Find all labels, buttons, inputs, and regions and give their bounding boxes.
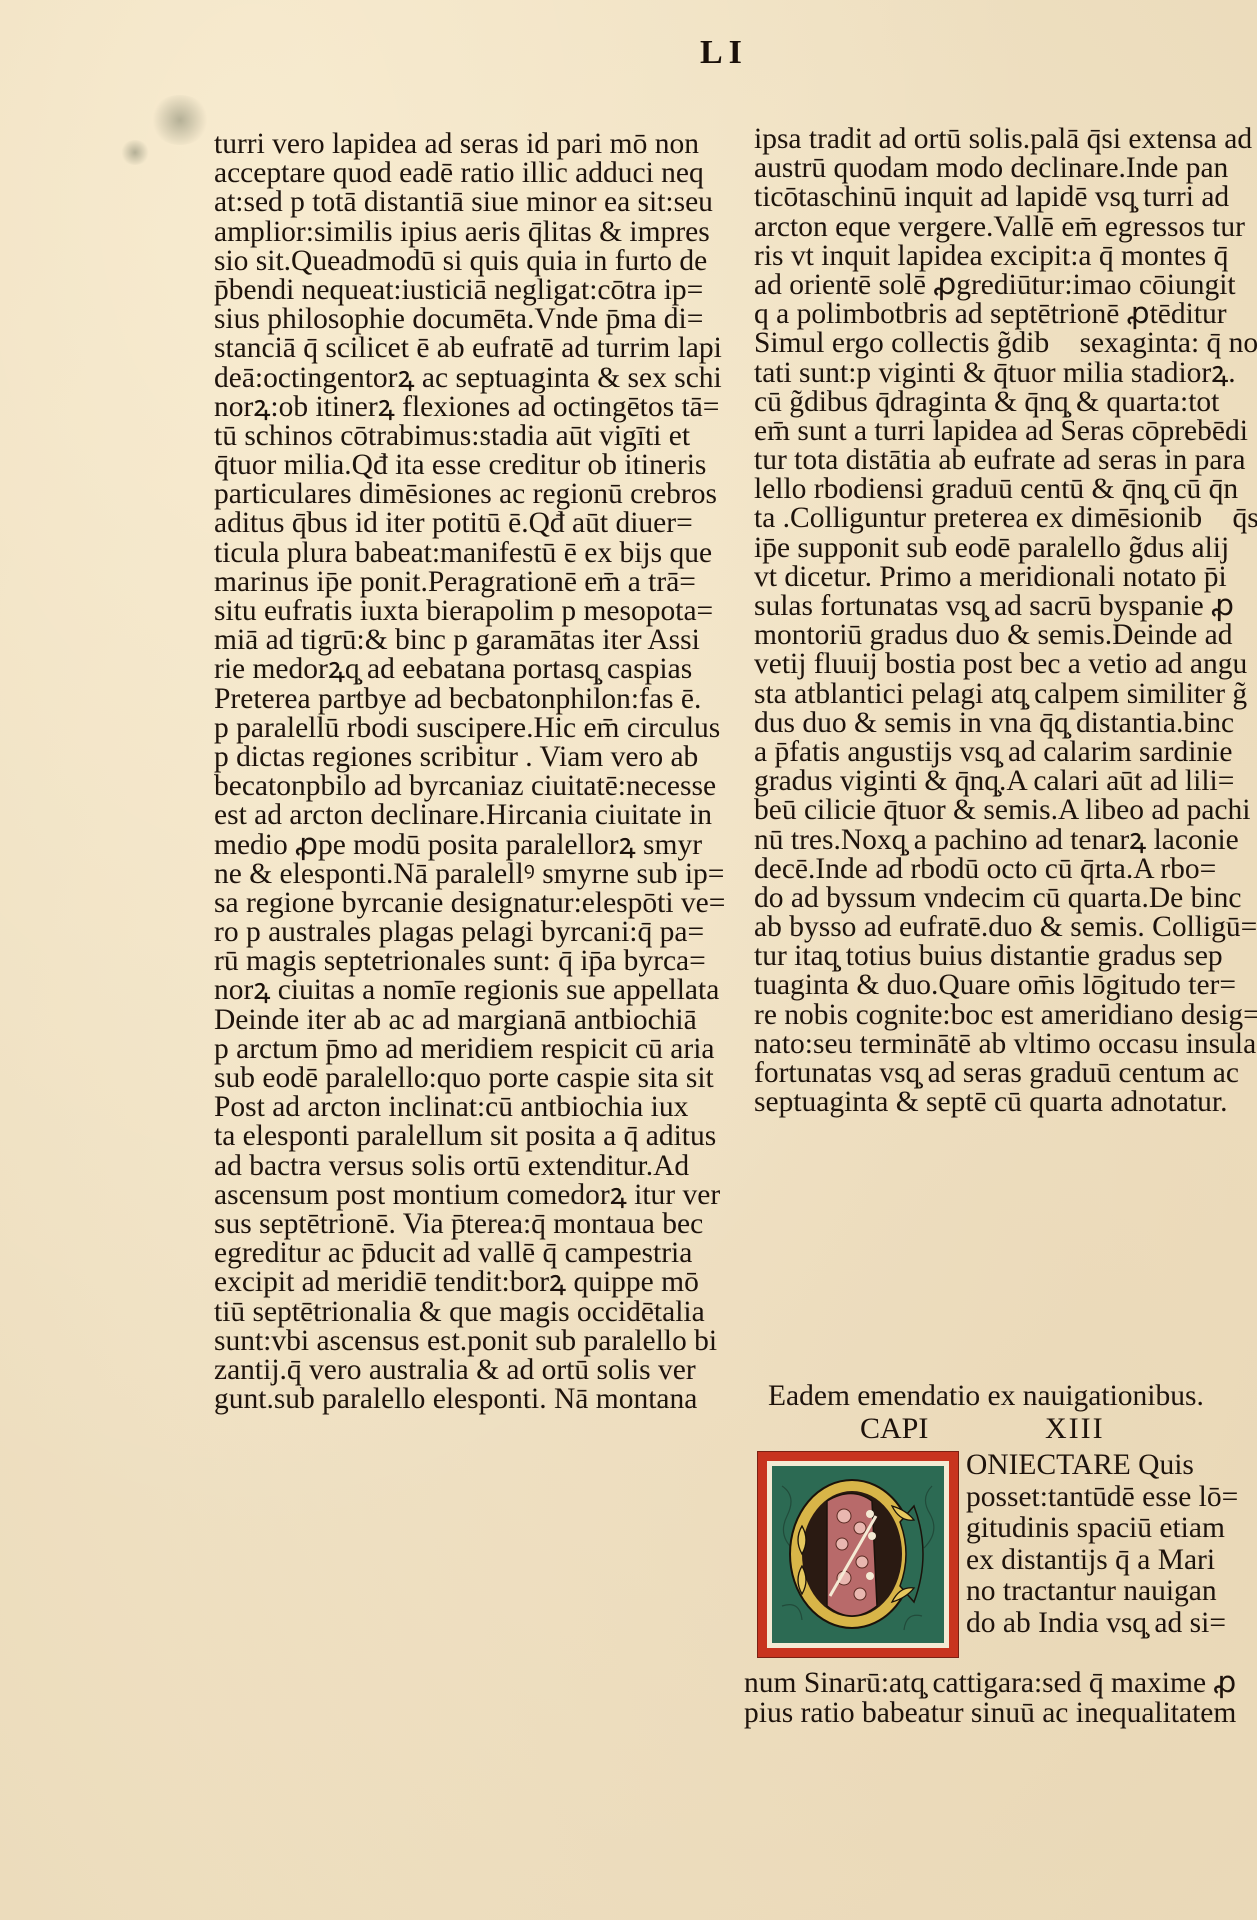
text-line: zantij.q̄ vero australia & ad ortū solis…	[214, 1356, 694, 1385]
text-line: a p̄fatis angustijs vsq̧ ad calarim sard…	[754, 738, 1216, 767]
text-line: cū g̃dibus q̄draginta & q̄nq̧ & quarta:t…	[754, 388, 1216, 417]
text-line: acceptare quod eadē ratio illic adduci n…	[214, 159, 694, 188]
text-line: ticula plura babeat:manifestū ē ex bijs …	[214, 539, 694, 568]
text-line: lello rbodiensi graduū centū & q̄nq̧ cū …	[754, 475, 1216, 504]
text-line: egreditur ac p̄ducit ad vallē q̄ campest…	[214, 1239, 694, 1268]
text-line: miā ad tigrū:& binc p garamātas iter Ass…	[214, 626, 694, 655]
text-line: nū tres.Noxq̧ a pachino ad tenarꝝ laconi…	[754, 826, 1216, 855]
text-line: deā:octingentorꝝ ac septuaginta & sex sc…	[214, 364, 694, 393]
text-line: particulares dimēsiones ac regionū crebr…	[214, 480, 694, 509]
text-line: ad bactra versus solis ortū extenditur.A…	[214, 1152, 694, 1181]
text-line: sunt:vbi ascensus est.ponit sub paralell…	[214, 1327, 694, 1356]
initial-adjacent-text: ONIECTARE Quisposset:tantūdē esse lō=git…	[966, 1450, 1238, 1639]
text-line: gradus viginti & q̄nq̧.A calari aūt ad l…	[754, 767, 1216, 796]
text-line: ris vt inquit lapidea excipit:a q̄ monte…	[754, 242, 1216, 271]
text-line: posset:tantūdē esse lō=	[966, 1482, 1238, 1514]
text-line: p arctum p̄mo ad meridiem respicit cū ar…	[214, 1035, 694, 1064]
text-line: tiū septētrionalia & que magis occidētal…	[214, 1298, 694, 1327]
text-line: dus duo & semis in vna q̄q̧ distantia.bi…	[754, 709, 1216, 738]
text-line: sub eodē paralello:quo porte caspie sita…	[214, 1064, 694, 1093]
text-line: Deinde iter ab ac ad margianā antbiochiā	[214, 1006, 694, 1035]
text-line: ticōtaschinū inquit ad lapidē vsq̧ turri…	[754, 183, 1216, 212]
text-line: ta elesponti paralellum sit posita a q̄ …	[214, 1122, 694, 1151]
text-line: aditus q̄bus id iter potitū ē.Qđ aūt diu…	[214, 509, 694, 538]
text-line: p paralellū rbodi suscipere.Hic em̄ circ…	[214, 714, 694, 743]
illuminated-letter-c-icon	[772, 1466, 944, 1643]
right-text-column: ipsa tradit ad ortū solis.palā q̄si exte…	[754, 125, 1216, 1117]
text-line: Simul ergo collectis g̃dib᷑ sexaginta: q…	[754, 329, 1216, 358]
text-line: marinus ip̄e ponit.Peragrationē em̄ a tr…	[214, 568, 694, 597]
folio-number: LI	[700, 34, 748, 72]
text-line: p dictas regiones scribitur . Viam vero …	[214, 743, 694, 772]
text-line: becatonpbilo ad byrcaniaz ciuitatē:neces…	[214, 772, 694, 801]
text-line: ONIECTARE Quis	[966, 1450, 1238, 1482]
text-line: norꝝ ciuitas a nomīe regionis sue appell…	[214, 976, 694, 1005]
text-line: sulas fortunatas vsq̧ ad sacrū byspanie …	[754, 592, 1216, 621]
text-line: tū schinos cōtrabimus:stadia aūt vigīti …	[214, 422, 694, 451]
text-line: ab bysso ad eufratē.duo & semis. Colligū…	[754, 913, 1216, 942]
text-line: tur tota distātia ab eufrate ad seras in…	[754, 446, 1216, 475]
initial-field	[767, 1461, 949, 1648]
text-line: ro p australes plagas pelagi byrcani:q̄ …	[214, 918, 694, 947]
text-line: q̄tuor milia.Qđ ita esse creditur ob iti…	[214, 451, 694, 480]
chapter-label: CAPI	[860, 1412, 928, 1446]
text-line: sta atblantici pelagi atq̧ calpem simili…	[754, 680, 1216, 709]
text-line: rie medorꝝq̧ ad eebatana portasq̧ caspia…	[214, 655, 694, 684]
text-line: situ eufratis iuxta bierapolim p mesopot…	[214, 597, 694, 626]
text-line: fortunatas vsq̧ ad seras graduū centum a…	[754, 1059, 1216, 1088]
text-line: medio ꝓpe modū posita paralellorꝝ smyr	[214, 831, 694, 860]
text-line: no tractantur nauigan	[966, 1576, 1238, 1608]
chapter-number: XIII	[1045, 1412, 1105, 1446]
text-line: do ab India vsq̧ ad si=	[966, 1608, 1238, 1640]
text-line: excipit ad meridiē tendit:borꝝ quippe mō	[214, 1268, 694, 1297]
ink-smudge	[120, 140, 150, 165]
text-line: tuaginta & duo.Quare om̄is lōgitudo ter=	[754, 971, 1216, 1000]
text-line: em̄ sunt a turri lapidea ad Seras cōpreb…	[754, 417, 1216, 446]
text-line: sius philosophie documēta.Vnde p̄ma di=	[214, 305, 694, 334]
text-line: turri vero lapidea ad seras id pari mō n…	[214, 130, 694, 159]
text-line: rū magis septetrionales sunt: q̄ ip̄a by…	[214, 947, 694, 976]
text-line: vt dicetur. Primo a meridionali notato p…	[754, 563, 1216, 592]
text-line: tur itaq̧ totius buius distantie gradus …	[754, 942, 1216, 971]
text-line: Post ad arcton inclinat:cū antbiochia iu…	[214, 1093, 694, 1122]
text-line: pius ratio babeatur sinuū ac inequalitat…	[744, 1698, 1236, 1728]
text-line: ta .Colliguntur preterea ex dimēsionib᷑ …	[754, 504, 1216, 533]
text-line: vetij fluuij bostia post bec a vetio ad …	[754, 650, 1216, 679]
text-line: ip̄e supponit sub eodē paralello g̃dus a…	[754, 534, 1216, 563]
book-page: LI turri vero lapidea ad seras id pari m…	[0, 0, 1257, 1920]
text-line: sio sit.Queadmodū si quis quia in furto …	[214, 247, 694, 276]
text-line: ex distantijs q̄ a Mari	[966, 1545, 1238, 1577]
text-line: do ad byssum vndecim cū quarta.De binc	[754, 884, 1216, 913]
section-subheading: Eadem emendatio ex nauigationibus.	[768, 1380, 1204, 1413]
text-line: gunt.sub paralello elesponti. Nā montana	[214, 1385, 694, 1414]
text-line: at:sed p totā distantiā siue minor ea si…	[214, 188, 694, 217]
text-line: est ad arcton declinare.Hircania ciuitat…	[214, 801, 694, 830]
text-line: ad orientē solē ꝓgrediūtur:imao cōiungit	[754, 271, 1216, 300]
text-line: sa regione byrcanie designatur:elespōti …	[214, 889, 694, 918]
text-line: norꝝ:ob itinerꝝ flexiones ad octingētos …	[214, 393, 694, 422]
chapter-opening-tail-text: num Sinarū:atq̧ cattigara:sed q̄ maxime …	[744, 1668, 1236, 1728]
text-line: num Sinarū:atq̧ cattigara:sed q̄ maxime …	[744, 1668, 1236, 1698]
text-line: austrū quodam modo declinare.Inde pan	[754, 154, 1216, 183]
text-line: q a polimbotbris ad septētrionē ꝓtēditur	[754, 300, 1216, 329]
text-line: beū cilicie q̄tuor & semis.A libeo ad pa…	[754, 796, 1216, 825]
text-line: septuaginta & septē cū quarta adnotatur.	[754, 1088, 1216, 1117]
text-line: ipsa tradit ad ortū solis.palā q̄si exte…	[754, 125, 1216, 154]
text-line: nato:seu terminātē ab vltimo occasu insu…	[754, 1030, 1216, 1059]
left-text-column: turri vero lapidea ad seras id pari mō n…	[214, 130, 694, 1414]
text-line: arcton eque vergere.Vallē em̄ egressos t…	[754, 213, 1216, 242]
illuminated-initial	[758, 1452, 958, 1657]
text-line: stanciā q̄ scilicet ē ab eufratē ad turr…	[214, 334, 694, 363]
text-line: Preterea partbye ad becbatonphilon:fas ē…	[214, 685, 694, 714]
text-line: gitudinis spaciū etiam	[966, 1513, 1238, 1545]
text-line: decē.Inde ad rbodū octo cū q̄rta.A rbo=	[754, 855, 1216, 884]
text-line: tati sunt:p viginti & q̄tuor milia stadi…	[754, 359, 1216, 388]
text-line: amplior:similis ipius aeris q̄litas & im…	[214, 218, 694, 247]
text-line: p̄bendi nequeat:iusticiā negligat:cōtra …	[214, 276, 694, 305]
text-line: montoriū gradus duo & semis.Deinde ad	[754, 621, 1216, 650]
text-line: sus septētrionē. Via p̄terea:q̄ montaua …	[214, 1210, 694, 1239]
text-line: ne & elesponti.Nā paralellꝰ smyrne sub i…	[214, 860, 694, 889]
ink-smudge	[150, 95, 210, 145]
text-line: ascensum post montium comedorꝝ itur ver	[214, 1181, 694, 1210]
text-line: re nobis cognite:boc est ameridiano desi…	[754, 1001, 1216, 1030]
